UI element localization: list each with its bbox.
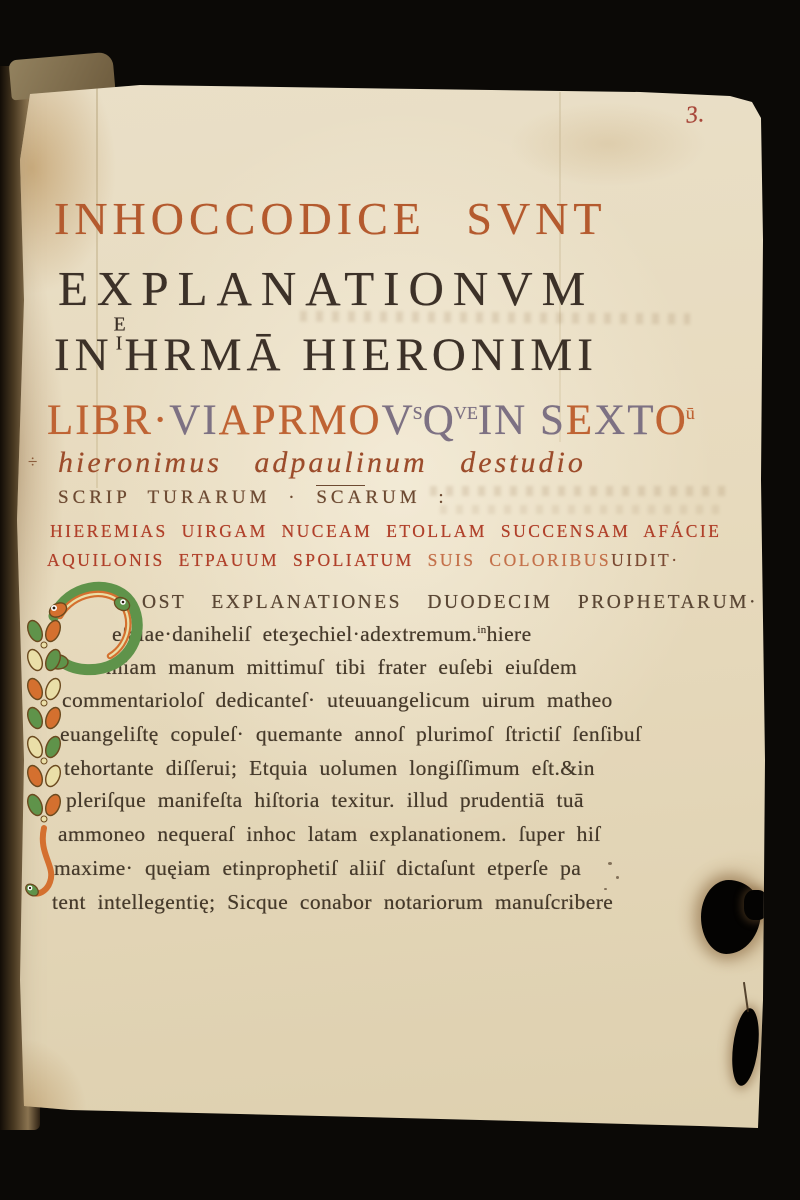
- abbreviation-stack: EI: [114, 316, 125, 353]
- marginal-mark: ÷: [28, 452, 37, 472]
- illuminated-initial-p: [24, 576, 144, 912]
- folio-number: 3.: [685, 101, 706, 130]
- rubric-uncial-line: hieronimus adpaulinum destudio: [58, 446, 586, 480]
- ink-showthrough: [440, 505, 720, 514]
- rubric-red-line-1: HIEREMIAS UIRGAM NUCEAM ETOLLAM SUCCENSA…: [50, 521, 721, 542]
- manuscript-photo: 3. INHOCCODICE SVNT EXPLANATIONVM INEIHR…: [0, 0, 800, 1200]
- parchment-hole-edge-notch: [744, 890, 768, 920]
- title-line-explanationum: EXPLANATIONVM: [58, 260, 594, 317]
- body-line-capitals: OST EXPLANATIONES DUODECIM PROPHETARUM·: [142, 592, 758, 614]
- title-seg: IN: [54, 329, 114, 381]
- title-line-libri: LIBR·VIAPRMOVSQVEIN SEXTOū: [47, 396, 695, 445]
- title-seg: HRMĀ: [124, 329, 285, 381]
- parchment-page: 3. INHOCCODICE SVNT EXPLANATIONVM INEIHR…: [0, 0, 800, 1200]
- parchment-crack: [743, 982, 749, 1012]
- body-line: miam manum mittimuſ tibi frater euſebi e…: [106, 655, 577, 680]
- rubric-red-line-2: AQUILONIS ETPAUUM SPOLIATUM SUIS COLORIB…: [47, 550, 680, 571]
- overlined-abbreviation: SCA: [316, 485, 365, 508]
- title-seg: HIERONIMI: [302, 329, 598, 381]
- ink-showthrough: [430, 486, 730, 496]
- title-line-hieremiam: INEIHRMĀ HIERONIMI: [54, 328, 598, 382]
- ink-speck: [608, 862, 612, 865]
- parchment-hole-leaf-shaped: [728, 1007, 762, 1087]
- ink-speck: [616, 876, 619, 879]
- interlinear-gloss: in: [477, 624, 486, 636]
- body-line: commentarioloſ dedicanteſ· uteuuangelicu…: [62, 688, 613, 713]
- rubric-smallcaps-line: SCRIP TURARUM · SCARUM :: [58, 487, 448, 509]
- title-line-red-capitals: INHOCCODICE SVNT: [54, 192, 607, 245]
- body-line: eſaiae·daniheliſ eteʒechiel·adextremum.i…: [112, 622, 532, 647]
- body-line: euangeliſtę copuleſ· quemante annoſ plur…: [60, 722, 641, 747]
